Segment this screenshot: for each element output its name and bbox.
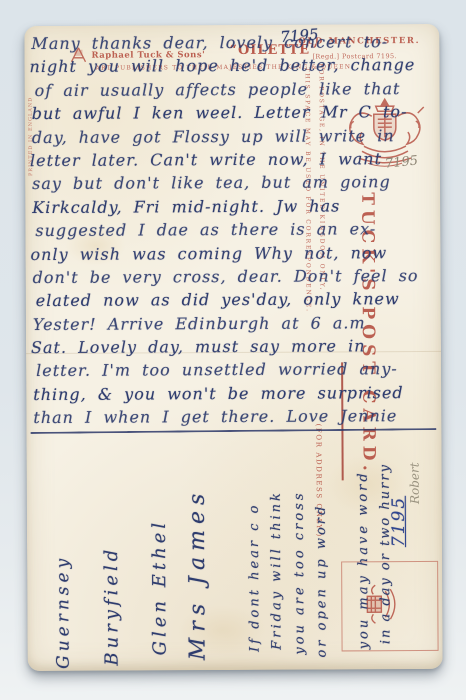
postcard-back: OLD MANCHESTER. Raphael Tuck & Sons' “OI… [24,24,442,671]
address-line: Guernsey [53,494,74,669]
message-line: day, have got Flossy up will write in [32,124,436,150]
message-line: Yester! Arrive Edinburgh at 6 a.m [33,311,437,337]
address-line: Glen Ethel [149,477,171,655]
message-block: Many thanks dear, lovely concert to- nig… [31,30,437,430]
postscript-line: or open up word [314,458,330,658]
postscript-line: If dont hear c o [247,452,263,652]
message-line: only wish was coming Why not, now [30,240,436,266]
message-line: say but don't like tea, but am going [32,170,436,196]
message-line: Sat. Lovely day, must say more in [31,334,437,360]
handwritten-number-rotated: 7195 [389,457,409,547]
message-line: thing, & you won't be more surprised [33,381,437,407]
message-line: of air usually affects people like that [35,77,436,102]
photo-background: OLD MANCHESTER. Raphael Tuck & Sons' “OI… [0,0,466,700]
postscript-line: Friday will think [269,450,285,650]
message-line: but awful I ken weel. Letter Mr C to- [32,100,436,126]
postscript-line: you may have word [356,467,372,649]
postscript-line: you are too cross [292,455,308,655]
pencil-note: Robert [407,424,421,504]
message-line: night you will hope he'd better, change [29,53,435,79]
address-line: Mrs James [185,468,211,660]
message-line: than I when I get there. Love Jennie [33,404,437,430]
message-line: Many thanks dear, lovely concert to- [31,30,435,56]
message-line: suggested I dae as there is an ex- [35,217,436,242]
message-line: letter later. Can't write now, I want [30,147,436,173]
message-line: elated now as did yes'day, only knew [36,287,437,312]
message-line: Kirkcaldy, Fri mid-night. Jw has [32,194,436,220]
message-line: letter. I'm too unsettled worried any- [36,357,437,382]
message-line: don't be very cross, dear. Don't feel so [33,264,437,290]
address-line: Buryfield [101,481,123,666]
